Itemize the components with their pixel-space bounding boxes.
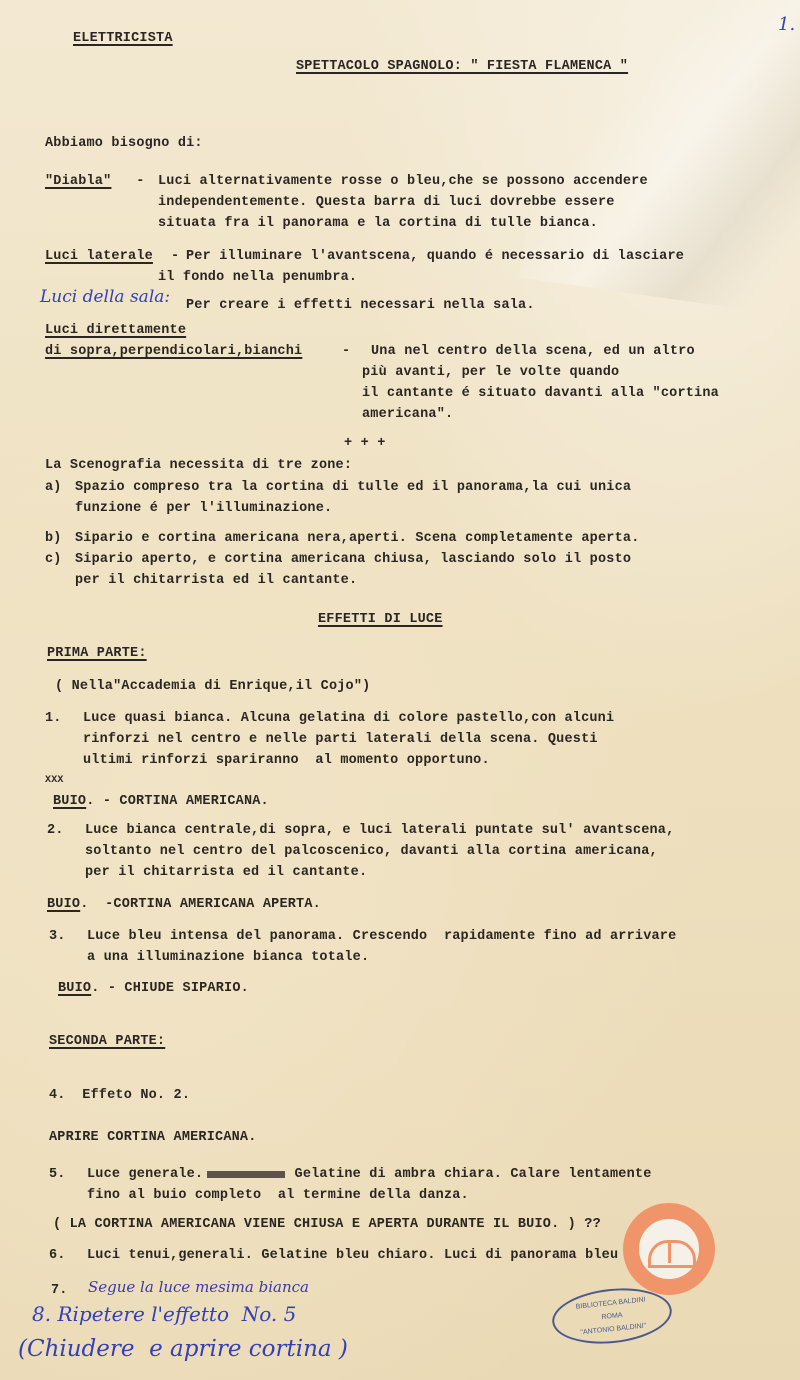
- req-sep: -: [342, 341, 359, 362]
- item-8-note-handwritten: (Chiudere e aprire cortina ): [18, 1336, 348, 1362]
- item-number: 5.: [49, 1164, 66, 1185]
- zone-marker: a): [45, 477, 62, 498]
- item-number: 3.: [49, 926, 66, 947]
- library-logo-glyph: [648, 1240, 696, 1268]
- req-line: independentemente. Questa barra di luci …: [158, 192, 615, 213]
- zone-line: Sipario aperto, e cortina americana chiu…: [75, 549, 631, 570]
- item-line: per il chitarrista ed il cantante.: [85, 862, 367, 883]
- struck-text: XXX: [45, 770, 64, 791]
- item-line: ultimi rinforzi spariranno al momento op…: [83, 750, 490, 771]
- req-line: situata fra il panorama e la cortina di …: [158, 213, 598, 234]
- req-line: americana".: [362, 404, 453, 425]
- item-line: Luce generale. Gelatine di ambra chiara.…: [87, 1164, 652, 1185]
- show-title: SPETTACOLO SPAGNOLO: " FIESTA FLAMENCA ": [296, 56, 628, 77]
- item-8-handwritten: 8. Ripetere l'effetto No. 5: [32, 1302, 296, 1326]
- buio-rest: . - CORTINA AMERICANA.: [86, 794, 269, 809]
- zone-marker: c): [45, 549, 62, 570]
- page-number: 1.: [778, 14, 795, 35]
- zone-line: Sipario e cortina americana nera,aperti.…: [75, 528, 640, 549]
- zone-line: funzione é per l'illuminazione.: [75, 498, 332, 519]
- intro-text: Abbiamo bisogno di:: [45, 133, 203, 154]
- req-line: il cantante é situato davanti alla "cort…: [362, 383, 719, 404]
- item-line: Luce quasi bianca. Alcuna gelatina di co…: [83, 708, 614, 729]
- req-sep: -: [128, 171, 153, 192]
- req-label-direttamente: di sopra,perpendicolari,bianchi: [45, 341, 302, 362]
- req-line: più avanti, per le volte quando: [362, 362, 619, 383]
- paper-fold-shadow: [519, 0, 800, 319]
- item-line: soltanto nel centro del palcoscenico, da…: [85, 841, 658, 862]
- zone-line: Spazio compreso tra la cortina di tulle …: [75, 477, 631, 498]
- item-line: rinforzi nel centro e nelle parti latera…: [83, 729, 598, 750]
- item-4: 4. Effeto No. 2.: [49, 1085, 190, 1106]
- zones-intro: La Scenografia necessita di tre zone:: [45, 455, 352, 476]
- item-line: fino al buio completo al termine della d…: [87, 1185, 469, 1206]
- item-7-handwritten: Segue la luce mesima bianca: [88, 1278, 309, 1296]
- item-line: a una illuminazione bianca totale.: [87, 947, 369, 968]
- req-line: Luci alternativamente rosse o bleu,che s…: [158, 171, 648, 192]
- req-line: Per illuminare l'avantscena, quando é ne…: [186, 246, 684, 267]
- req-line: il fondo nella penumbra.: [158, 267, 357, 288]
- buio-rest: . - CHIUDE SIPARIO.: [91, 981, 249, 996]
- effects-title: EFFETTI DI LUCE: [318, 609, 443, 630]
- buio-word: BUIO: [47, 897, 80, 912]
- item-number: 1.: [45, 708, 62, 729]
- zone-marker: b): [45, 528, 62, 549]
- req-line: Per creare i effetti necessari nella sal…: [186, 295, 535, 316]
- part1-note: ( Nella"Accademia di Enrique,il Cojo"): [55, 676, 370, 697]
- item-number: 6.: [49, 1245, 66, 1266]
- item-number: 2.: [47, 820, 64, 841]
- buio-word: BUIO: [58, 981, 91, 996]
- req-label-direttamente: Luci direttamente: [45, 320, 186, 341]
- separator: + + +: [344, 433, 386, 454]
- part2-title: SECONDA PARTE:: [49, 1031, 165, 1052]
- library-ink-stamp: BIBLIOTECA BALDINI ROMA "ANTONIO BALDINI…: [550, 1283, 675, 1349]
- item-number: 7.: [51, 1280, 68, 1301]
- buio-line: BUIO. - CHIUDE SIPARIO.: [58, 978, 249, 999]
- role-heading: ELETTRICISTA: [73, 28, 173, 49]
- part2-note: ( LA CORTINA AMERICANA VIENE CHIUSA E AP…: [53, 1214, 601, 1235]
- part1-title: PRIMA PARTE:: [47, 643, 147, 664]
- item-line: Luce bianca centrale,di sopra, e luci la…: [85, 820, 674, 841]
- req-label-diabla: "Diabla": [45, 171, 111, 192]
- buio-line: BUIO. - CORTINA AMERICANA.: [53, 791, 269, 812]
- req-line: Una nel centro della scena, ed un altro: [371, 341, 695, 362]
- strikeout-mark: [207, 1171, 285, 1178]
- item-line: Luce bleu intensa del panorama. Crescend…: [87, 926, 676, 947]
- buio-word: BUIO: [53, 794, 86, 809]
- buio-rest: . -CORTINA AMERICANA APERTA.: [80, 897, 321, 912]
- open-curtain: APRIRE CORTINA AMERICANA.: [49, 1127, 257, 1148]
- zone-line: per il chitarrista ed il cantante.: [75, 570, 357, 591]
- req-label-laterale: Luci laterale: [45, 246, 153, 267]
- buio-line: BUIO. -CORTINA AMERICANA APERTA.: [47, 894, 321, 915]
- item-line: Luci tenui,generali. Gelatine bleu chiar…: [87, 1245, 676, 1266]
- req-label-sala: Luci della sala:: [40, 287, 170, 307]
